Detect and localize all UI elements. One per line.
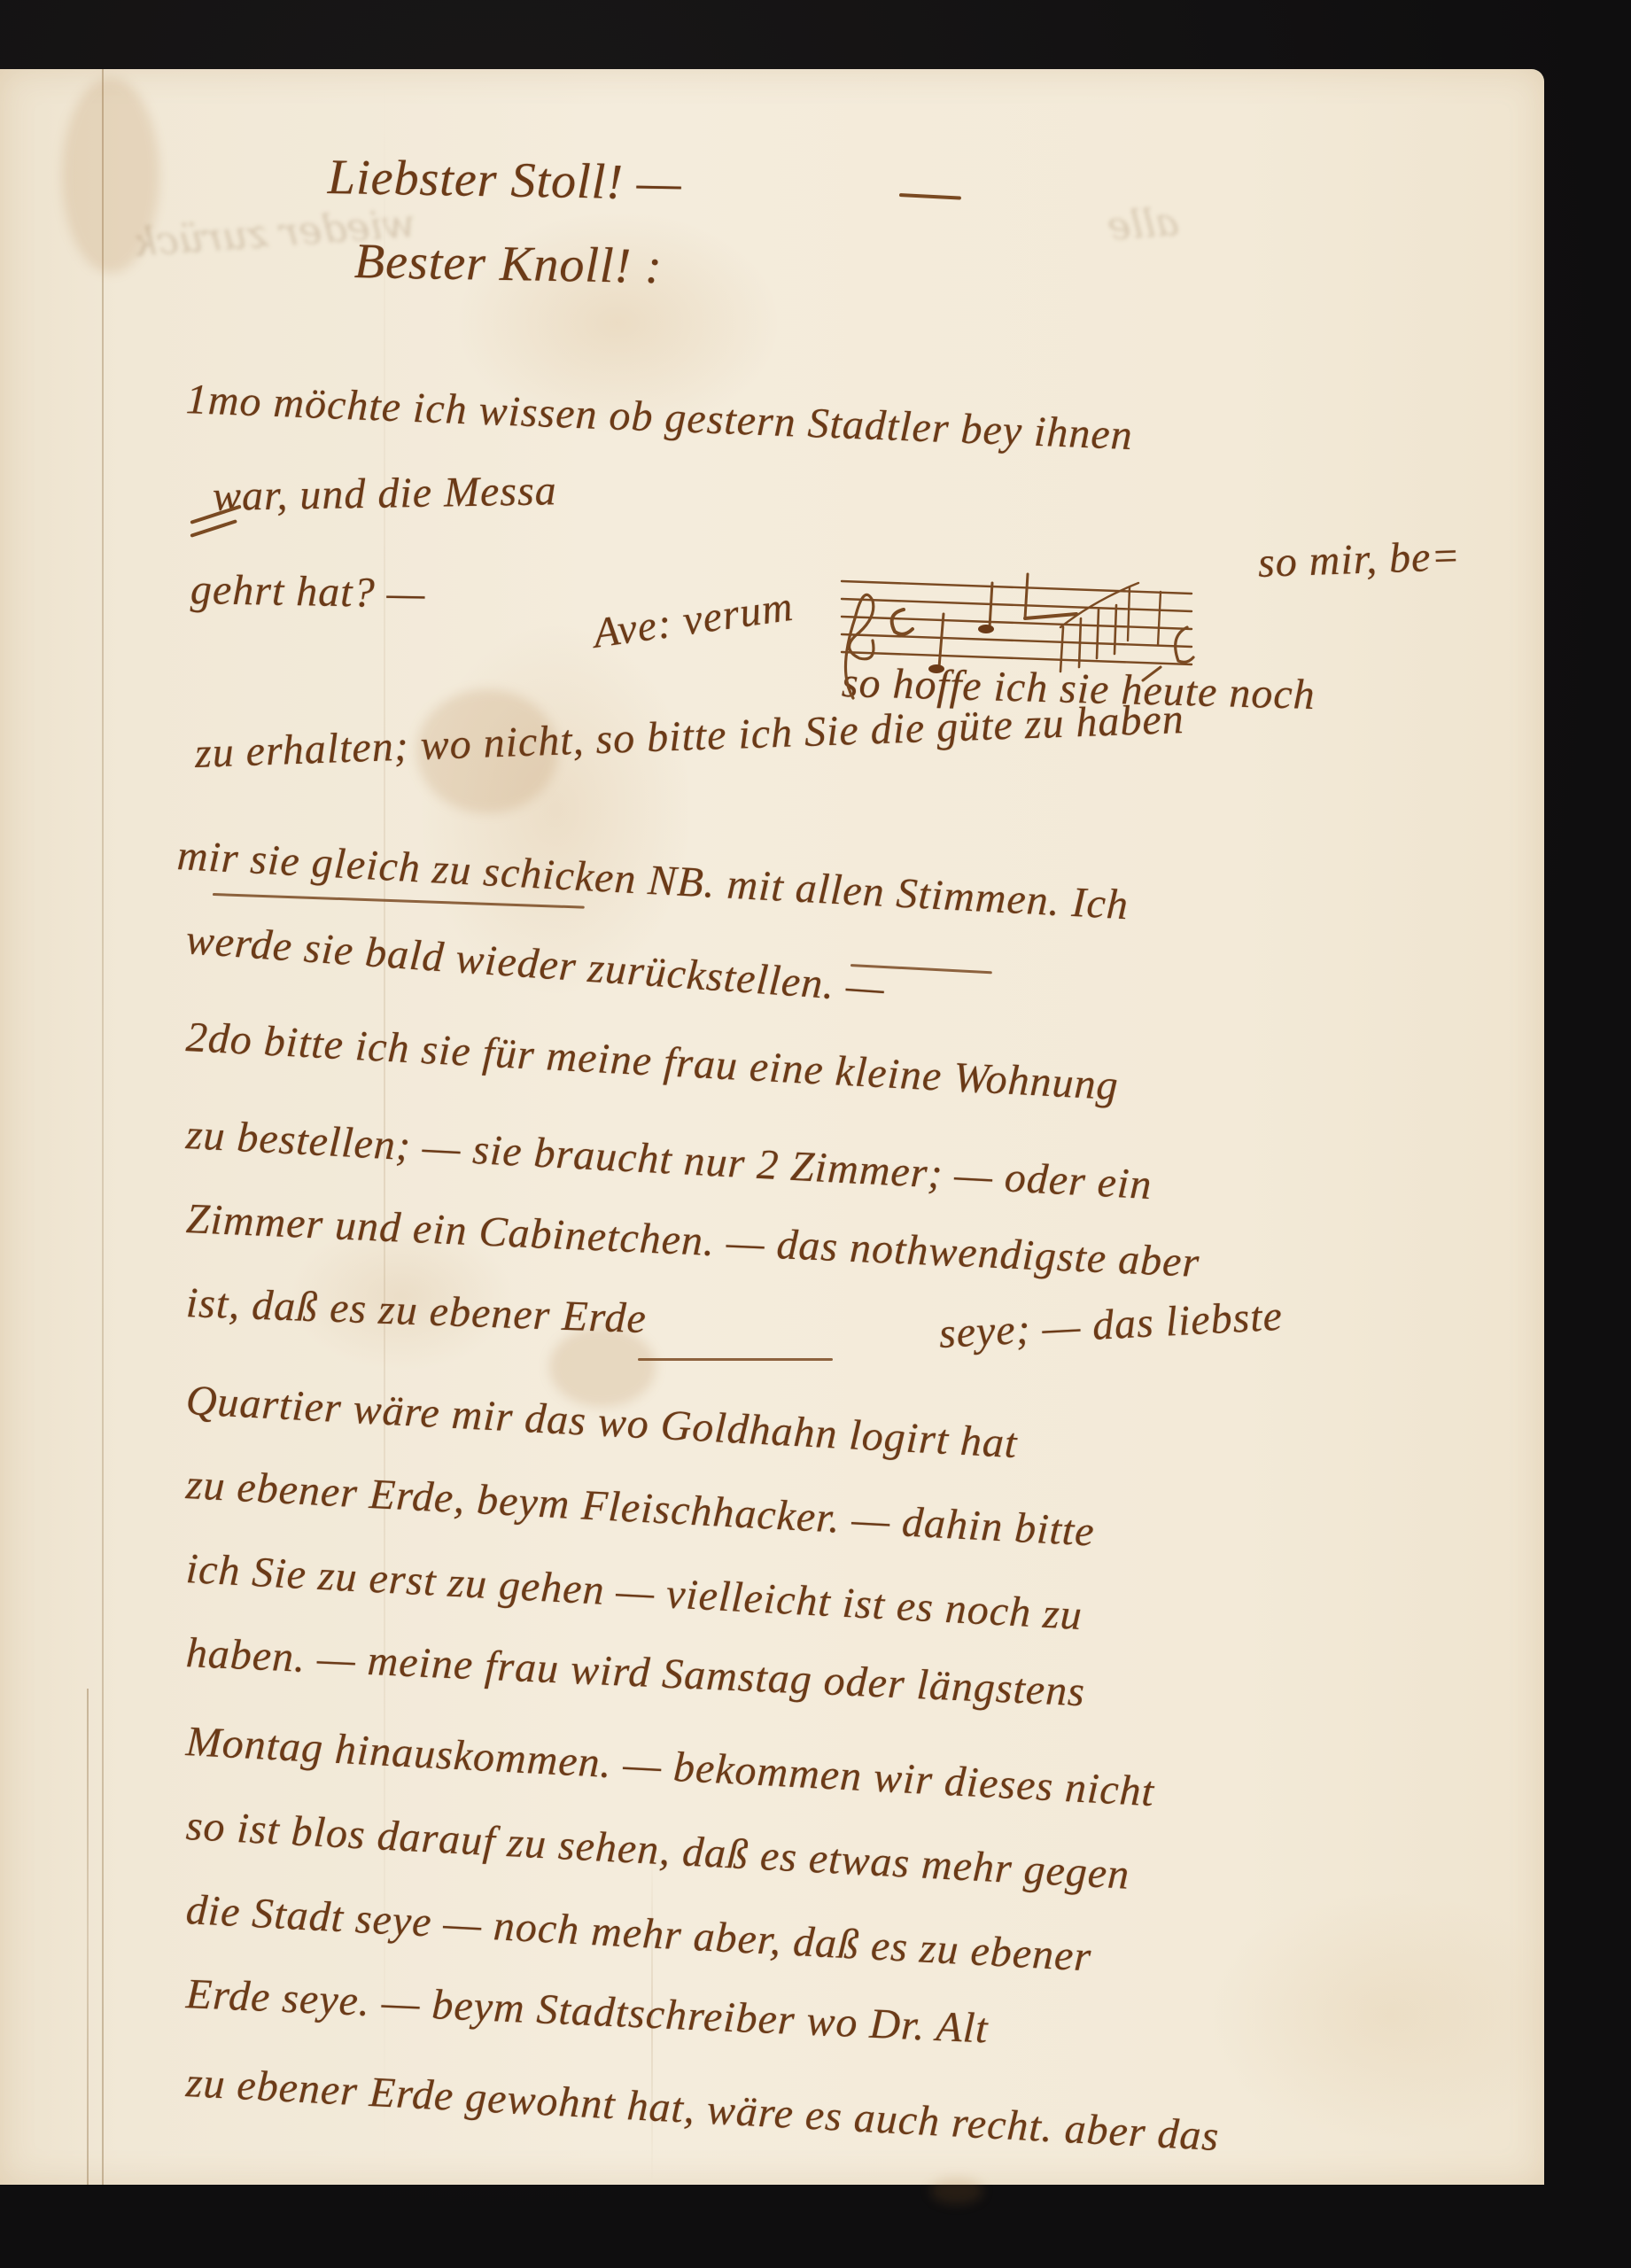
letter-line: haben. — meine frau wird Samstag oder lä… xyxy=(185,1628,1086,1716)
letter-line: zu ebener Erde gewohnt hat, wäre es auch… xyxy=(185,2058,1221,2161)
salutation-line-1: Liebster Stoll! — xyxy=(327,149,682,212)
letter-line: Ave: verum xyxy=(590,582,796,658)
music-staff-incipit xyxy=(828,565,1200,716)
letter-line: Erde seye. — beym Stadtschreiber wo Dr. … xyxy=(185,1969,990,2053)
fold-crease-left xyxy=(102,69,104,2185)
letter-line: war, und die Messa xyxy=(213,466,558,521)
pen-dash xyxy=(899,193,961,200)
letter-line: seye; — das liebste xyxy=(938,1292,1285,1358)
letter-line: gehrt hat? — xyxy=(190,565,426,618)
underline-erde xyxy=(638,1358,833,1361)
stain xyxy=(930,2178,983,2204)
letter-line: Zimmer und ein Cabinetchen. — das nothwe… xyxy=(185,1194,1201,1287)
letter-line: 2do bitte ich sie für meine frau eine kl… xyxy=(185,1013,1120,1110)
fold-crease-bottom-left xyxy=(87,1689,89,2185)
letter-line: Montag hinauskommen. — bekommen wir dies… xyxy=(185,1717,1156,1816)
manuscript-page: wieder zurück alle Liebster Stoll! — Bes… xyxy=(0,69,1544,2185)
letter-line: die Stadt seye — noch mehr aber, daß es … xyxy=(185,1885,1093,1981)
letter-line: zu bestellen; — sie braucht nur 2 Zimmer… xyxy=(185,1110,1153,1209)
letter-line: ist, daß es zu ebener Erde xyxy=(185,1278,648,1343)
bleed-through-text: alle xyxy=(1106,199,1180,249)
letter-line: 1mo möchte ich wissen ob gestern Stadtle… xyxy=(185,375,1134,460)
letter-line: zu ebener Erde, beym Fleischhacker. — da… xyxy=(185,1460,1096,1557)
letter-line: ich Sie zu erst zu gehen — vielleicht is… xyxy=(185,1544,1084,1640)
letter-line: so mir, be= xyxy=(1257,532,1462,587)
letter-line: werde sie bald wieder zurückstellen. — xyxy=(184,915,887,1013)
document-viewer: wieder zurück alle Liebster Stoll! — Bes… xyxy=(0,0,1631,2268)
salutation-line-2: Bester Knoll! : xyxy=(353,233,663,295)
letter-line: so ist blos darauf zu sehen, daß es etwa… xyxy=(185,1801,1131,1899)
letter-line: mir sie gleich zu schicken NB. mit allen… xyxy=(176,831,1130,929)
